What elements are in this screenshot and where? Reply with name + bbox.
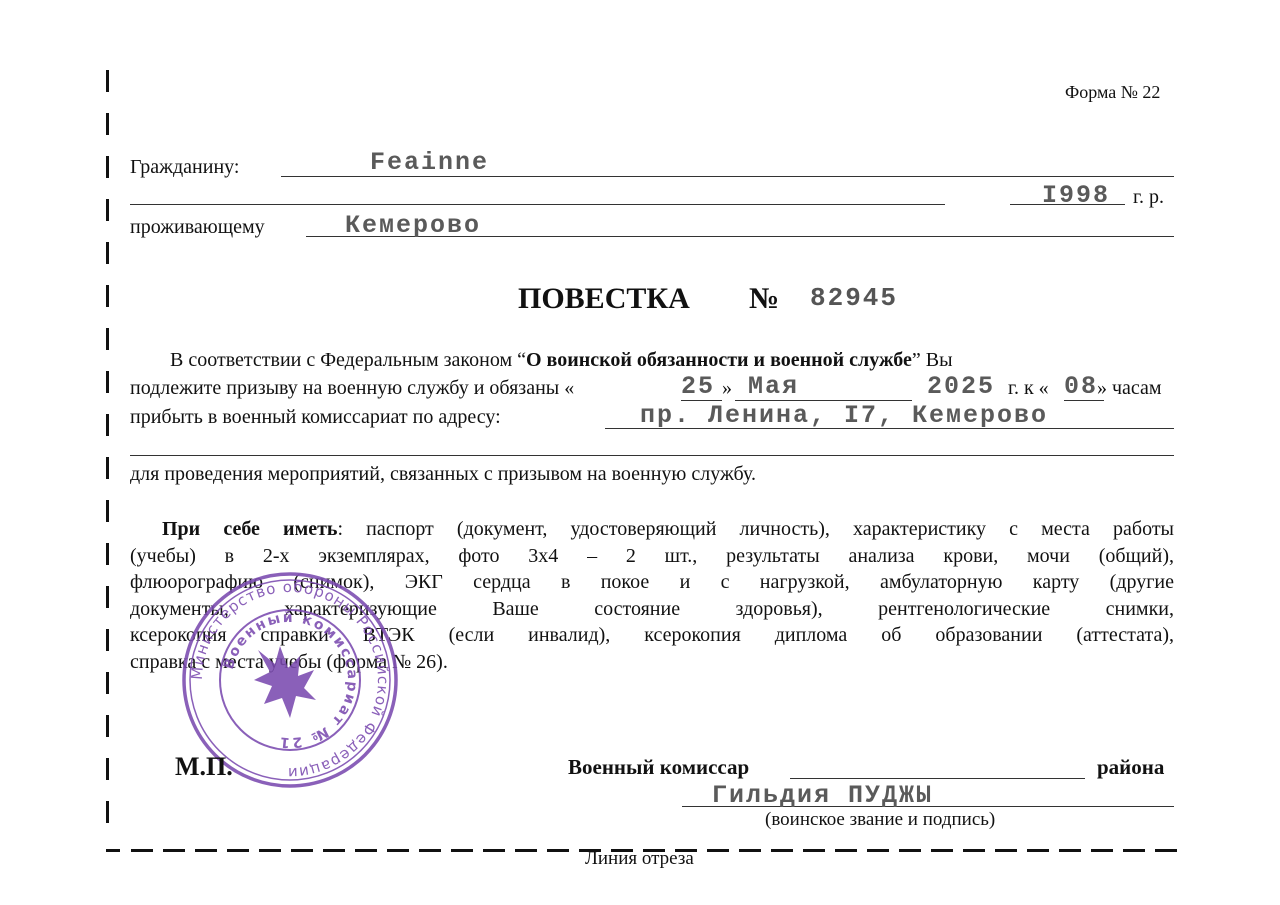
cut-dash xyxy=(963,849,985,852)
eagle-emblem-icon xyxy=(254,646,316,718)
report-day: 25 xyxy=(681,372,715,401)
cut-dash xyxy=(106,629,109,651)
cut-dash xyxy=(931,849,953,852)
residence: Кемерово xyxy=(345,211,481,240)
birth-year-suffix: г. р. xyxy=(1133,185,1164,209)
cut-dash xyxy=(106,113,109,135)
bring-text-1: : паспорт (документ, удостоверяющий личн… xyxy=(337,518,1174,540)
report-year-suffix: г. к « xyxy=(1008,376,1049,400)
cut-dash xyxy=(106,156,109,178)
report-day-close: » xyxy=(722,376,732,400)
cut-dash xyxy=(995,849,1017,852)
cut-dash xyxy=(707,849,729,852)
cut-dash xyxy=(867,849,889,852)
cut-dash xyxy=(195,849,217,852)
cut-dash xyxy=(771,849,793,852)
summons-intro: В соответствии с Федеральным законом “ xyxy=(170,349,526,371)
district-line xyxy=(790,778,1085,779)
cut-dash xyxy=(291,849,313,852)
cut-dash xyxy=(803,849,825,852)
number-sign: № xyxy=(749,282,779,316)
cut-dash xyxy=(106,672,109,694)
law-name: О воинской обязанности и военной службе xyxy=(526,349,912,371)
cut-dash xyxy=(1155,849,1177,852)
district-label: района xyxy=(1097,755,1164,780)
summons-line-1: В соответствии с Федеральным законом “О … xyxy=(170,348,953,372)
residence-label: проживающему xyxy=(130,215,265,239)
cut-dash xyxy=(106,371,109,393)
cut-dash xyxy=(323,849,345,852)
cut-dash xyxy=(1091,849,1113,852)
address-label: прибыть в военный комиссариат по адресу: xyxy=(130,405,501,429)
bring-label: При себе иметь xyxy=(162,518,337,540)
cut-dash xyxy=(515,849,537,852)
cut-dash xyxy=(163,849,185,852)
summons-purpose: для проведения мероприятий, связанных с … xyxy=(130,462,756,486)
cut-dash xyxy=(106,715,109,737)
cut-dash xyxy=(483,849,505,852)
seal-label: М.П. xyxy=(175,752,233,782)
cut-dash xyxy=(106,801,109,823)
report-hour: 08 xyxy=(1064,372,1098,401)
cut-dash xyxy=(106,543,109,565)
recipient-label: Гражданину: xyxy=(130,155,239,179)
report-year: 2025 xyxy=(927,372,995,401)
cut-dash xyxy=(106,500,109,522)
cut-dash xyxy=(131,849,153,852)
form-number: Форма № 22 xyxy=(1065,80,1160,104)
birth-year: I998 xyxy=(1042,181,1110,210)
commissar-label: Военный комиссар xyxy=(568,755,749,780)
cut-dash xyxy=(106,242,109,264)
cut-dash xyxy=(739,849,761,852)
cut-dash xyxy=(355,849,377,852)
cut-line-corner xyxy=(106,849,120,852)
cut-dash xyxy=(1059,849,1081,852)
bring-line-2: (учебы) в 2-х экземплярах, фото 3х4 – 2 … xyxy=(130,543,1174,570)
signature-caption: (воинское звание и подпись) xyxy=(765,808,995,832)
cut-dash xyxy=(419,849,441,852)
cut-dash xyxy=(106,199,109,221)
cut-dash xyxy=(106,285,109,307)
cut-dash xyxy=(106,328,109,350)
recipient-name: Feainne xyxy=(370,148,489,177)
cut-dash xyxy=(106,414,109,436)
cut-dash xyxy=(547,849,569,852)
summons-line1-end: ” Вы xyxy=(912,349,953,371)
blank-line xyxy=(130,204,945,205)
cut-dash xyxy=(899,849,921,852)
report-address: пр. Ленина, I7, Кемерово xyxy=(640,401,1048,430)
document-title: ПОВЕСТКА xyxy=(518,282,690,316)
cut-dash xyxy=(106,586,109,608)
cut-dash xyxy=(1123,849,1145,852)
cut-dash xyxy=(835,849,857,852)
report-hour-close: » часам xyxy=(1097,376,1162,400)
report-month: Мая xyxy=(748,372,799,401)
summons-number: 82945 xyxy=(810,283,898,313)
cut-dash xyxy=(259,849,281,852)
summons-line-2-text: подлежите призыву на военную службу и об… xyxy=(130,376,574,400)
cut-dash xyxy=(1027,849,1049,852)
signer-name: Гильдия ПУДЖЫ xyxy=(712,781,933,810)
report-hour-line xyxy=(1064,400,1104,401)
blank-address-line xyxy=(130,455,1174,456)
cut-dash xyxy=(387,849,409,852)
bring-line-1: При себе иметь: паспорт (документ, удост… xyxy=(130,516,1174,543)
cut-dash xyxy=(106,457,109,479)
cut-dash xyxy=(227,849,249,852)
cut-dash xyxy=(451,849,473,852)
cut-line-label: Линия отреза xyxy=(585,847,694,871)
cut-dash xyxy=(106,70,109,92)
cut-dash xyxy=(106,758,109,780)
